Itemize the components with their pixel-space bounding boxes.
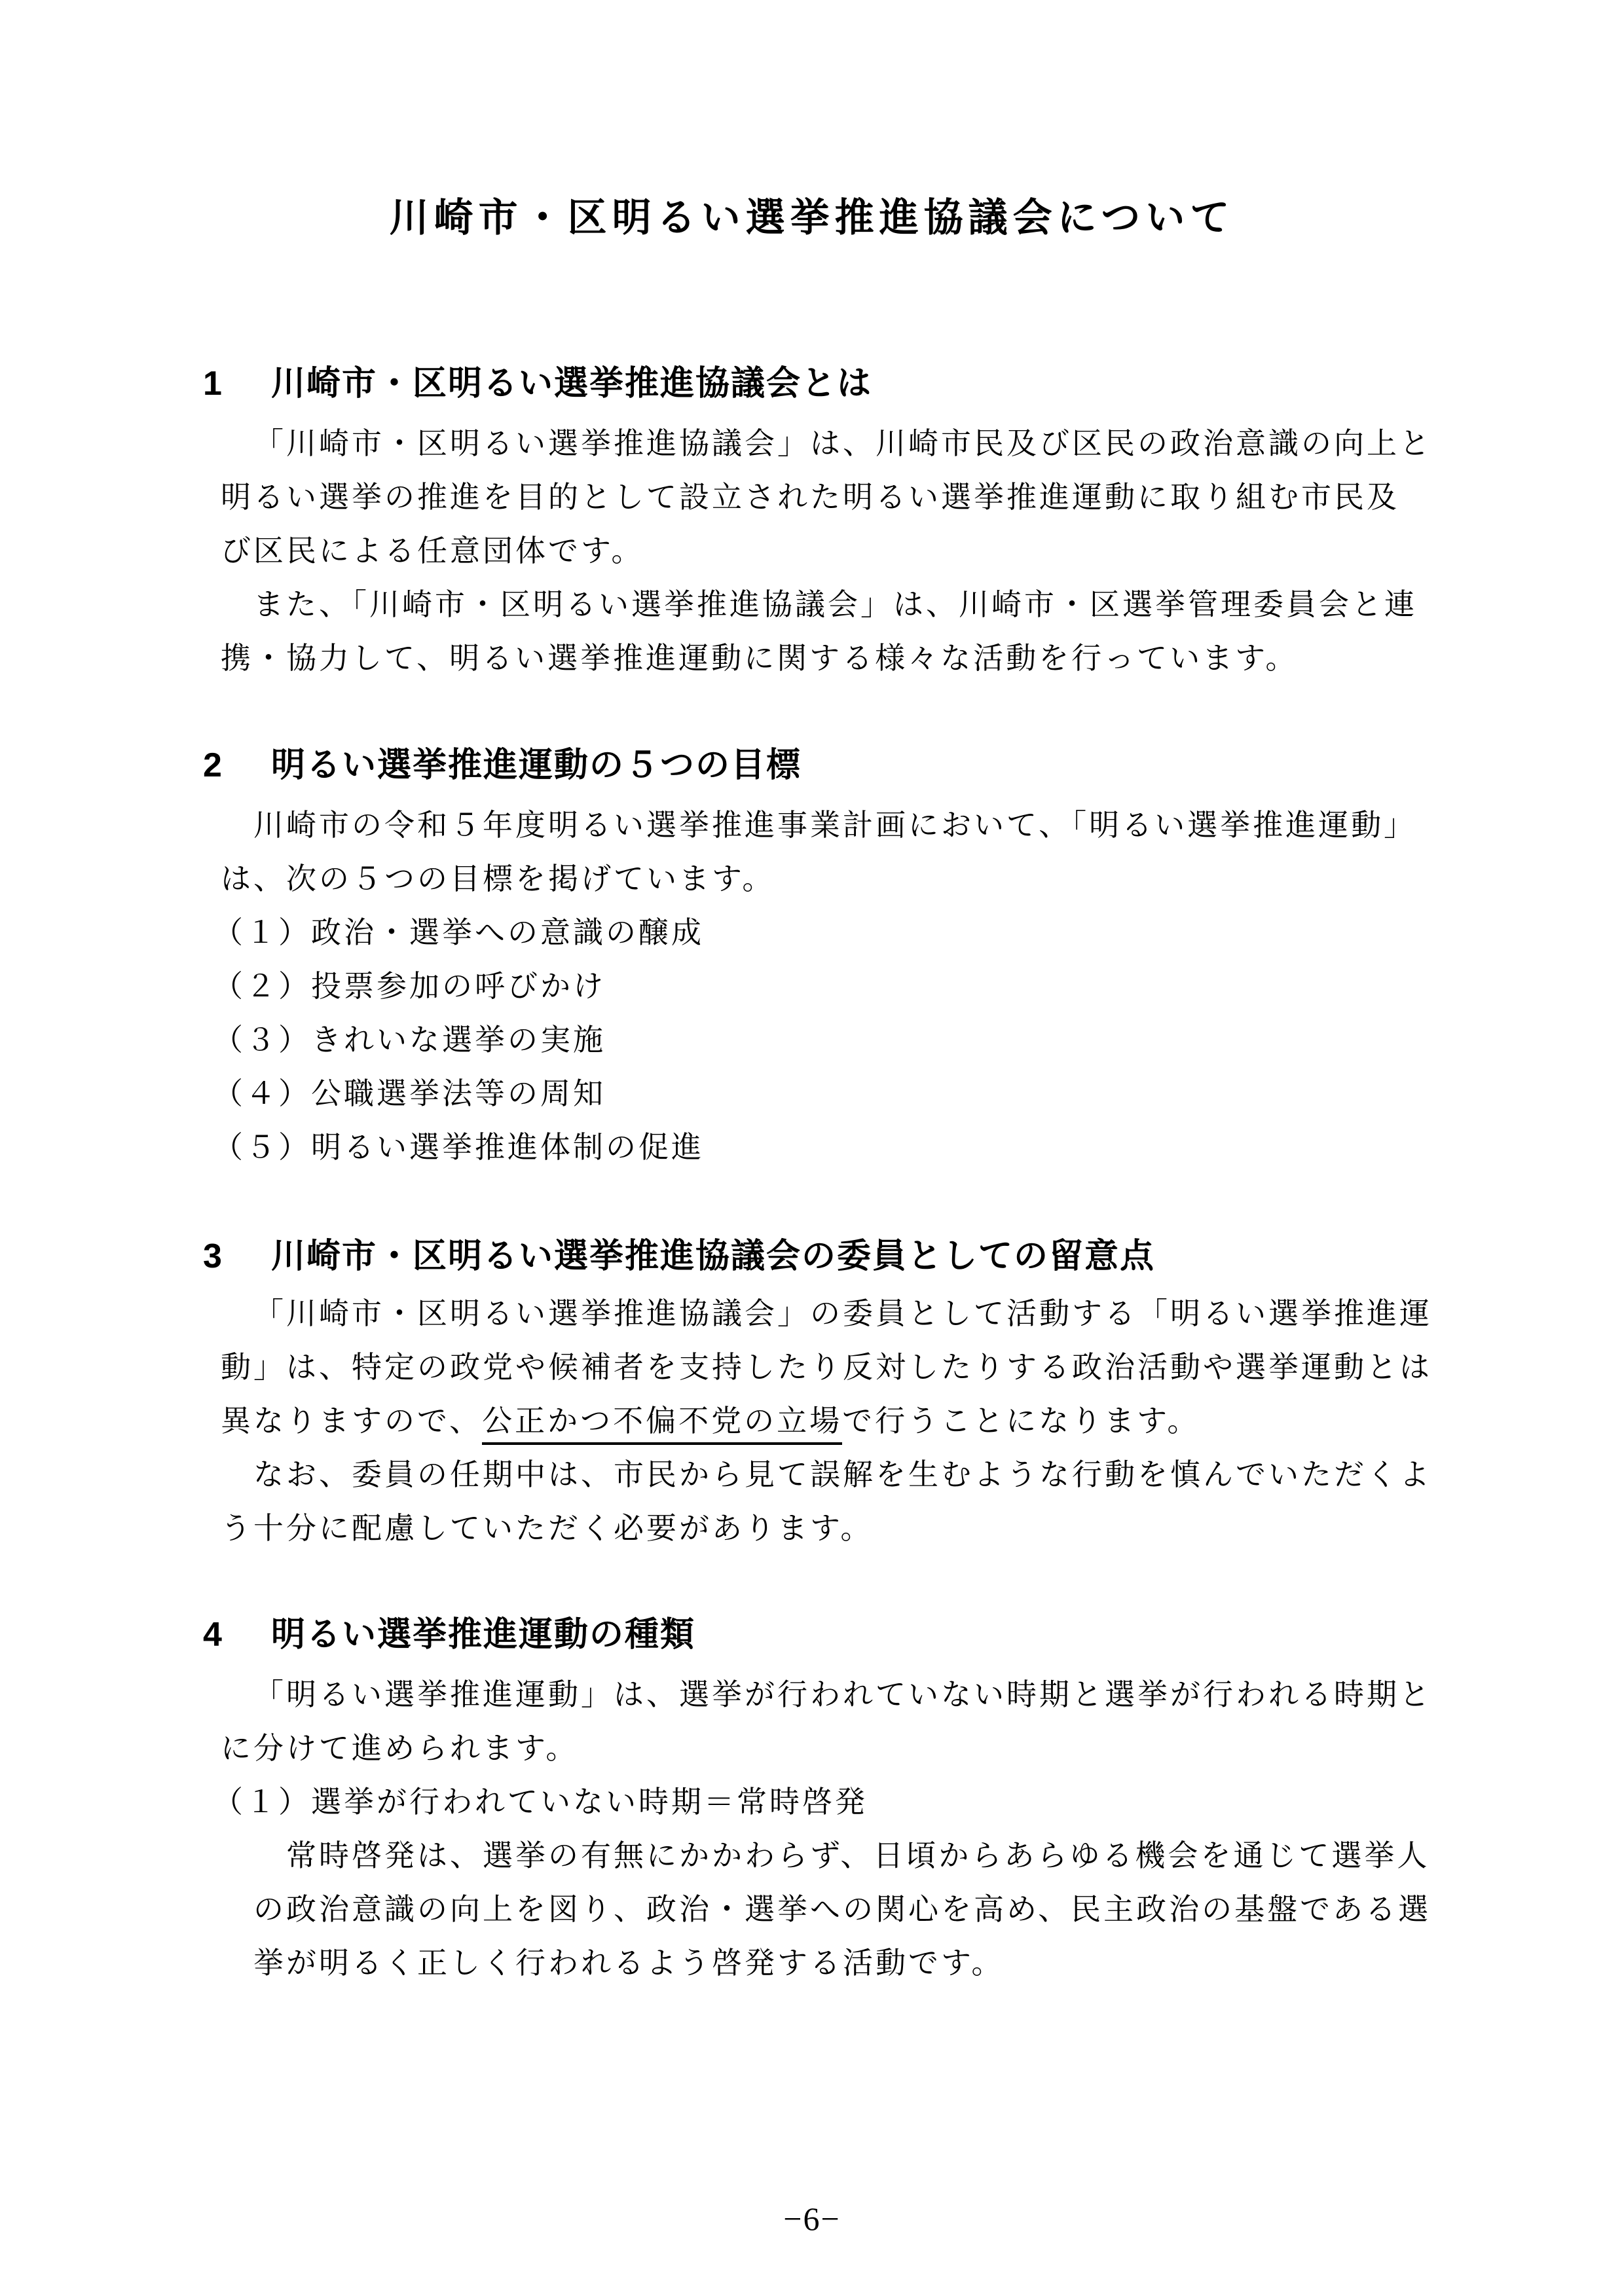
section-2-number: 2 — [203, 748, 271, 782]
body-line: は、次の５つの目標を掲げています。 — [221, 864, 775, 894]
body-line: び区民による任意団体です。 — [221, 536, 644, 566]
list-item: （１）選挙が行われていない時期＝常時啓発 — [213, 1787, 868, 1817]
section-2-heading-text: 明るい選挙推進運動の５つの目標 — [271, 746, 802, 784]
body-line: 川崎市の令和５年度明るい選挙推進事業計画において、「明るい選挙推進運動」 — [253, 811, 1416, 841]
list-item: （１）政治・選挙への意識の醸成 — [213, 918, 704, 948]
section-4-number: 4 — [203, 1618, 271, 1652]
body-line: 動」は、特定の政党や候補者を支持したり反対したりする政治活動や選挙運動とは — [221, 1353, 1432, 1383]
list-item: （３）きれいな選挙の実施 — [213, 1025, 606, 1055]
section-3-heading-text: 川崎市・区明るい選挙推進協議会の委員としての留意点 — [271, 1237, 1155, 1275]
page-number: −6− — [0, 2202, 1624, 2235]
section-2-heading: 2明るい選挙推進運動の５つの目標 — [203, 748, 802, 782]
body-line: に分けて進められます。 — [221, 1734, 578, 1764]
section-4-heading-text: 明るい選挙推進運動の種類 — [271, 1616, 695, 1654]
body-line: また、「川崎市・区明るい選挙推進協議会」は、川崎市・区選挙管理委員会と連 — [253, 590, 1417, 620]
body-line: う十分に配慮していただく必要があります。 — [221, 1514, 873, 1544]
body-line-text: で行うことになります。 — [842, 1404, 1200, 1438]
list-item: （４）公職選挙法等の周知 — [213, 1079, 606, 1109]
body-line: 「川崎市・区明るい選挙推進協議会」は、川崎市民及び区民の政治意識の向上と — [253, 429, 1432, 459]
section-1-number: 1 — [203, 367, 271, 401]
body-line: 「川崎市・区明るい選挙推進協議会」の委員として活動する「明るい選挙推進運 — [253, 1299, 1432, 1329]
body-line: 明るい選挙の推進を目的として設立された明るい選挙推進運動に取り組む市民及 — [221, 483, 1399, 513]
section-3-number: 3 — [203, 1239, 271, 1273]
page-title: 川崎市・区明るい選挙推進協議会について — [0, 198, 1624, 238]
body-line: 挙が明るく正しく行われるよう啓発する活動です。 — [253, 1948, 1004, 1978]
body-line: なお、委員の任期中は、市民から見て誤解を生むような行動を慎んでいただくよ — [253, 1460, 1432, 1490]
body-line: 常時啓発は、選挙の有無にかかわらず、日頃からあらゆる機会を通じて選挙人 — [286, 1841, 1430, 1871]
body-line: の政治意識の向上を図り、政治・選挙への関心を高め、民主政治の基盤である選 — [253, 1895, 1431, 1925]
section-4-heading: 4明るい選挙推進運動の種類 — [203, 1618, 695, 1652]
body-line-text: 異なりますので、 — [221, 1404, 482, 1438]
section-1-heading: 1川崎市・区明るい選挙推進協議会とは — [203, 367, 872, 401]
document-page: 川崎市・区明るい選挙推進協議会について 1川崎市・区明るい選挙推進協議会とは 「… — [0, 0, 1624, 2296]
body-line: 携・協力して、明るい選挙推進運動に関する様々な活動を行っています。 — [221, 644, 1298, 674]
list-item: （２）投票参加の呼びかけ — [213, 972, 606, 1002]
body-line: 異なりますので、公正かつ不偏不党の立場で行うことになります。 — [221, 1406, 1200, 1436]
section-3-heading: 3川崎市・区明るい選挙推進協議会の委員としての留意点 — [203, 1239, 1155, 1273]
underlined-phrase: 公正かつ不偏不党の立場 — [482, 1404, 842, 1445]
list-item: （５）明るい選挙推進体制の促進 — [213, 1133, 704, 1163]
body-line: 「明るい選挙推進運動」は、選挙が行われていない時期と選挙が行われる時期と — [253, 1680, 1432, 1710]
section-1-heading-text: 川崎市・区明るい選挙推進協議会とは — [271, 365, 872, 403]
